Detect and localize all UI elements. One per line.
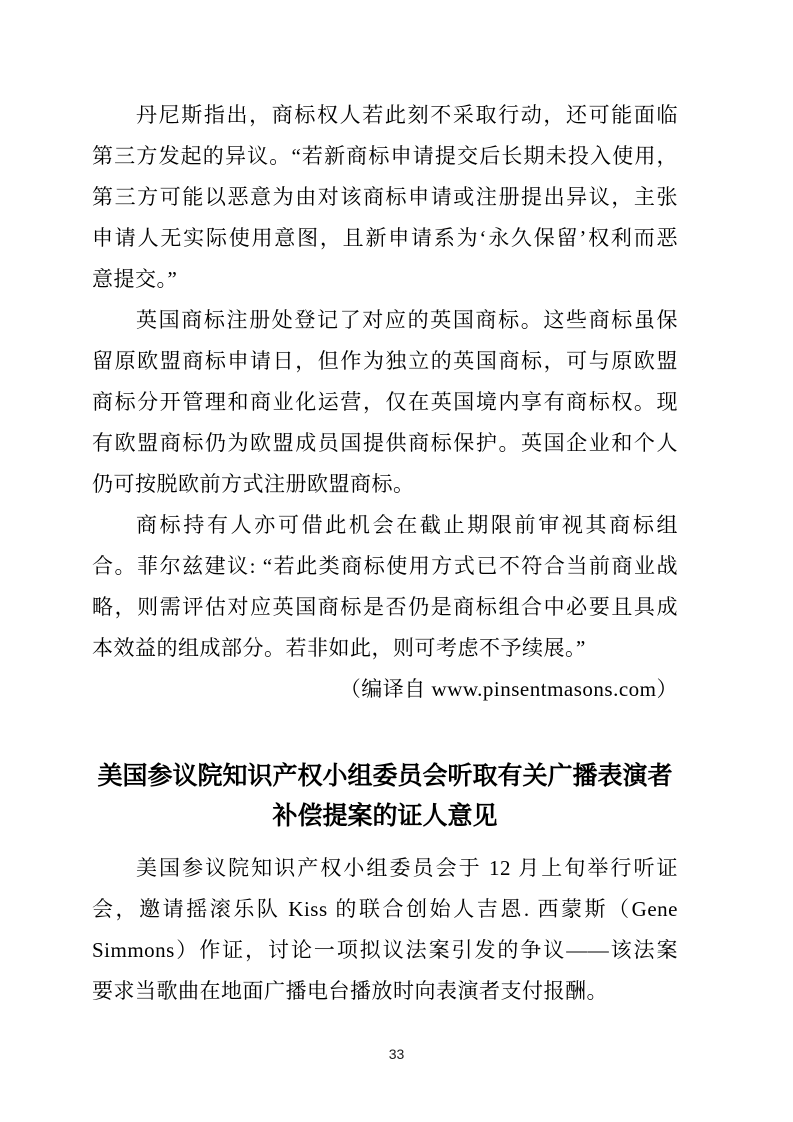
- source-attribution: （编译自 www.pinsentmasons.com）: [92, 669, 678, 710]
- text-line: 商标持有人亦可借此机会在截止期限前审视其商标组: [92, 505, 678, 546]
- paragraph: 英国商标注册处登记了对应的英国商标。这些商标虽保 留原欧盟商标申请日，但作为独立…: [92, 300, 678, 505]
- article-title-line: 美国参议院知识产权小组委员会听取有关广播表演者: [92, 756, 678, 796]
- paragraph: 美国参议院知识产权小组委员会于 12 月上旬举行听证 会，邀请摇滚乐队 Kiss…: [92, 848, 678, 1012]
- text-line: 意提交。”: [92, 259, 678, 300]
- article-title: 美国参议院知识产权小组委员会听取有关广播表演者 补偿提案的证人意见: [92, 756, 678, 836]
- text-line: 留原欧盟商标申请日，但作为独立的英国商标，可与原欧盟: [92, 341, 678, 382]
- text-line: 有欧盟商标仍为欧盟成员国提供商标保护。英国企业和个人: [92, 423, 678, 464]
- page-number: 33: [0, 1046, 793, 1062]
- text-line: 会，邀请摇滚乐队 Kiss 的联合创始人吉恩. 西蒙斯（Gene: [92, 889, 678, 930]
- text-line: 第三方可能以恶意为由对该商标申请或注册提出异议，主张: [92, 177, 678, 218]
- text-line: 仍可按脱欧前方式注册欧盟商标。: [92, 464, 678, 505]
- text-line: 丹尼斯指出，商标权人若此刻不采取行动，还可能面临: [92, 95, 678, 136]
- paragraph: 丹尼斯指出，商标权人若此刻不采取行动，还可能面临 第三方发起的异议。“若新商标申…: [92, 95, 678, 300]
- article-title-line: 补偿提案的证人意见: [92, 796, 678, 836]
- text-line: Simmons）作证，讨论一项拟议法案引发的争议——该法案: [92, 930, 678, 971]
- text-line: 英国商标注册处登记了对应的英国商标。这些商标虽保: [92, 300, 678, 341]
- text-line: 商标分开管理和商业化运营，仅在英国境内享有商标权。现: [92, 382, 678, 423]
- text-line: 合。菲尔兹建议: “若此类商标使用方式已不符合当前商业战: [92, 546, 678, 587]
- paragraph: 商标持有人亦可借此机会在截止期限前审视其商标组 合。菲尔兹建议: “若此类商标使…: [92, 505, 678, 669]
- text-line: 要求当歌曲在地面广播电台播放时向表演者支付报酬。: [92, 971, 678, 1012]
- page-content: 丹尼斯指出，商标权人若此刻不采取行动，还可能面临 第三方发起的异议。“若新商标申…: [92, 95, 678, 1012]
- text-line: 本效益的组成部分。若非如此，则可考虑不予续展。”: [92, 628, 678, 669]
- document-page: 丹尼斯指出，商标权人若此刻不采取行动，还可能面临 第三方发起的异议。“若新商标申…: [0, 0, 793, 1122]
- text-line: 美国参议院知识产权小组委员会于 12 月上旬举行听证: [92, 848, 678, 889]
- text-line: 申请人无实际使用意图，且新申请系为‘永久保留’权利而恶: [92, 218, 678, 259]
- text-line: 略，则需评估对应英国商标是否仍是商标组合中必要且具成: [92, 587, 678, 628]
- text-line: 第三方发起的异议。“若新商标申请提交后长期未投入使用，: [92, 136, 678, 177]
